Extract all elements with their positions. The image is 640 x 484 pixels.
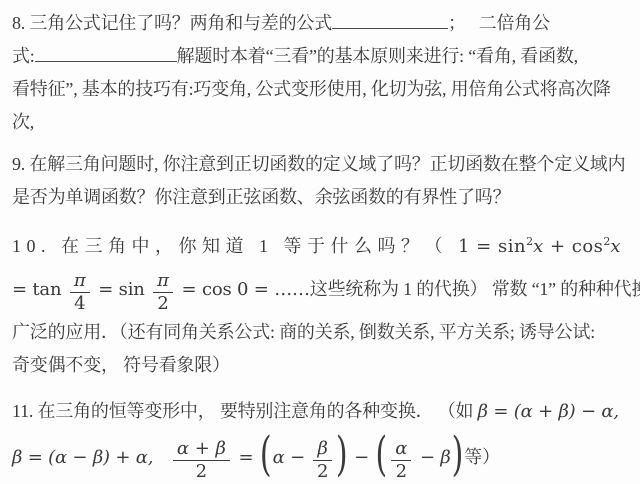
text-line: 广泛的应用．（还有同角关系公式: 商的关系, 倒数关系, 平方关系; 诱导公试: (12, 316, 632, 349)
item-8-text: 次, (12, 112, 34, 132)
right-paren: ) (336, 433, 348, 480)
equals-sign: = (233, 447, 259, 468)
minus-sign: − (349, 447, 375, 468)
text-line: 奇变偶不变， 符号看象限） (12, 349, 632, 382)
item-8-text: 式: (12, 46, 35, 66)
item-11-text: 11. 在三角的恒等变形中， 要特别注意角的各种变换． （如 (12, 401, 478, 421)
fraction-alpha-plus-beta-over-2: α + β2 (173, 439, 230, 482)
formula-beta-alpha: β = (α + β) − α, (478, 401, 619, 422)
fraction-pi-over-2: π2 (153, 271, 173, 314)
left-paren: ( (260, 433, 272, 480)
fill-in-blank-line (332, 26, 448, 29)
fraction-numerator: β (313, 439, 331, 461)
right-paren: ) (452, 433, 464, 480)
text-line: 8. 三角公式记住了吗？两角和与差的公式； 二倍角公 (12, 7, 632, 40)
item-10-text: 广泛的应用．（还有同角关系公式: 商的关系, 倒数关系, 平方关系; 诱导公试: (12, 322, 595, 342)
formula-line: β = (α − β) + α, α + β2 = (α − β2) − (α2… (12, 428, 632, 484)
item-9-text: 9. 在解三角问题时, 你注意到正切函数的定义域了吗？正切函数在整个定义域内 (12, 154, 625, 174)
item-10-text: 10. 在三角中，你知道 1 等于什么吗？（ (12, 236, 458, 256)
formula-tan-sin-cos: = tan π4 = sin π2 = cos 0 = …… (12, 279, 310, 300)
formula-text: 1 = sin (458, 236, 526, 257)
item-8-text: ； 二倍角公 (448, 13, 550, 33)
formula-line: = tan π4 = sin π2 = cos 0 = ……这些统称为 1 的代… (12, 263, 632, 316)
item-8-text: 8. 三角公式记住了吗？两角和与差的公式 (12, 13, 332, 33)
fraction-alpha-over-2: α2 (391, 439, 411, 482)
text-line: 9. 在解三角问题时, 你注意到正切函数的定义域了吗？正切函数在整个定义域内 (12, 148, 632, 181)
document-page: 8. 三角公式记住了吗？两角和与差的公式； 二倍角公 式:解题时本着“三看”的基… (0, 0, 640, 484)
formula-text: = sin (93, 279, 150, 300)
item-9-text: 是否为单调函数？你注意到正弦函数、余弦函数的有界性了吗？ (12, 187, 510, 207)
fraction-denominator: 2 (173, 461, 230, 482)
fill-in-blank-line (35, 59, 177, 62)
formula-text: α − (273, 447, 311, 468)
variable-x: x (533, 236, 544, 257)
fraction-denominator: 2 (391, 461, 411, 482)
fraction-pi-over-4: π4 (70, 271, 90, 314)
fraction-numerator: π (70, 271, 90, 293)
text-line: 11. 在三角的恒等变形中， 要特别注意角的各种变换． （如 β = (α + … (12, 395, 632, 428)
formula-text: β = (α − β) + α, (12, 447, 170, 468)
item-8-text: 解题时本着“三看”的基本原则来进行: “看角, 看函数, (177, 46, 578, 66)
paragraph-item-8: 8. 三角公式记住了吗？两角和与差的公式； 二倍角公 式:解题时本着“三看”的基… (12, 7, 632, 139)
formula-text: = tan (12, 279, 67, 300)
paragraph-item-9: 9. 在解三角问题时, 你注意到正切函数的定义域了吗？正切函数在整个定义域内 是… (12, 148, 632, 214)
formula-text: = cos 0 = …… (176, 279, 310, 300)
fraction-denominator: 2 (153, 293, 173, 314)
text-line: 10. 在三角中，你知道 1 等于什么吗？（ 1 = sin2x + cos2x (12, 225, 632, 263)
text-line: 次, (12, 106, 632, 139)
paragraph-item-10: 10. 在三角中，你知道 1 等于什么吗？（ 1 = sin2x + cos2x… (12, 225, 632, 382)
item-11-text: 等） (464, 447, 500, 467)
fraction-numerator: α + β (173, 439, 230, 461)
formula-text: − β (414, 447, 450, 468)
formula-sin2-cos2: 1 = sin2x + cos2x (458, 236, 621, 257)
fraction-denominator: 4 (70, 293, 90, 314)
text-line: 看特征”, 基本的技巧有:巧变角, 公式变形使用, 化切为弦, 用倍角公式将高次… (12, 73, 632, 106)
item-10-text: 奇变偶不变， 符号看象限） (12, 355, 230, 375)
fraction-denominator: 2 (313, 461, 331, 482)
item-10-text: 这些统称为 1 的代换） 常数 “1” 的种种代换有着 (310, 279, 640, 299)
text-line: 是否为单调函数？你注意到正弦函数、余弦函数的有界性了吗？ (12, 181, 632, 214)
item-8-text: 看特征”, 基本的技巧有:巧变角, 公式变形使用, 化切为弦, 用倍角公式将高次… (12, 79, 611, 99)
fraction-numerator: α (391, 439, 411, 461)
variable-x: x (610, 236, 621, 257)
formula-angle-transform: β = (α − β) + α, α + β2 = (α − β2) − (α2… (12, 447, 464, 468)
text-line: 式:解题时本着“三看”的基本原则来进行: “看角, 看函数, (12, 40, 632, 73)
fraction-numerator: π (153, 271, 173, 293)
formula-text: + cos (544, 236, 604, 257)
fraction-beta-over-2: β2 (313, 439, 331, 482)
paragraph-item-11: 11. 在三角的恒等变形中， 要特别注意角的各种变换． （如 β = (α + … (12, 395, 632, 484)
left-paren: ( (376, 433, 388, 480)
